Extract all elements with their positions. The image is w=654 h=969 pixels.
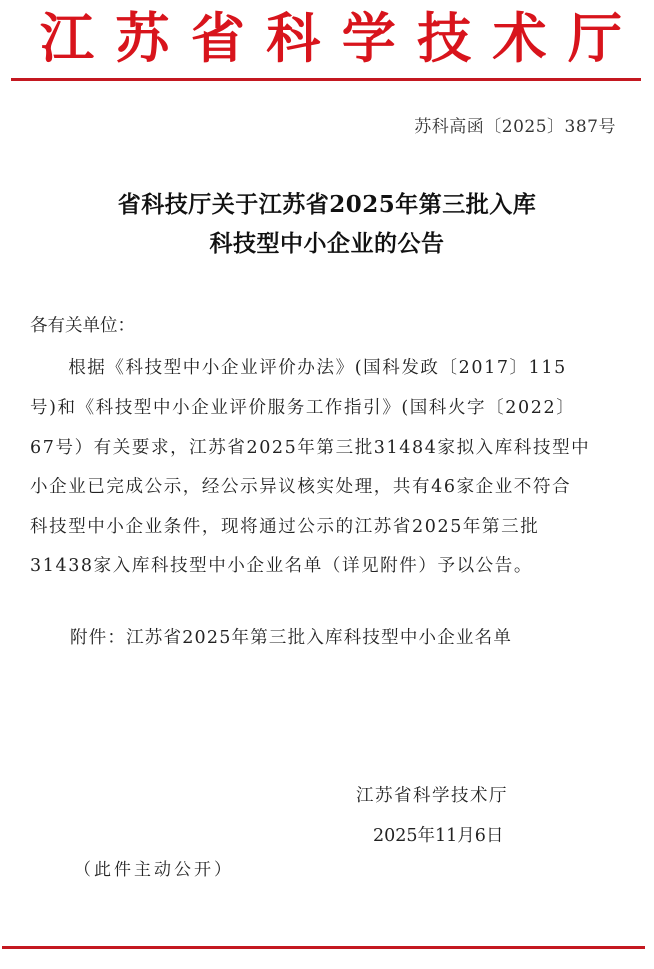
body-paragraph-line: 科技型中小企业条件，现将通过公示的江苏省2025年第三批: [30, 513, 628, 538]
body-paragraph-line: 小企业已完成公示，经公示异议核实处理，共有46家企业不符合: [30, 473, 628, 498]
masthead-char: 术: [489, 4, 551, 72]
issue-date: 2025年11月6日: [373, 822, 503, 847]
masthead-char: 科: [262, 4, 324, 72]
body-paragraph-line: 31438家入库科技型中小企业名单（详见附件）予以公告。: [30, 552, 628, 577]
document-number: 苏科高函〔2025〕387号: [414, 112, 616, 137]
masthead-char: 省: [187, 4, 249, 72]
masthead-char: 厅: [564, 4, 626, 72]
attachment-reference: 附件：江苏省2025年第三批入库科技型中小企业名单: [70, 624, 512, 649]
document-title-line-1: 省科技厅关于江苏省2025年第三批入库: [0, 186, 654, 219]
masthead-char: 苏: [111, 4, 173, 72]
document-title-line-2: 科技型中小企业的公告: [0, 225, 654, 258]
body-paragraph-line: 根据《科技型中小企业评价办法》(国科发政〔2017〕115: [30, 354, 628, 379]
footer-red-rule: [2, 946, 645, 949]
masthead-char: 技: [413, 4, 475, 72]
masthead-char: 学: [338, 4, 400, 72]
disclosure-note: （此件主动公开）: [74, 855, 234, 880]
masthead-char: 江: [36, 4, 98, 72]
body-paragraph-line: 号)和《科技型中小企业评价服务工作指引》(国科火字〔2022〕: [30, 394, 628, 419]
issuer-signature: 江苏省科学技术厅: [356, 782, 508, 807]
body-paragraph-line: 67号）有关要求，江苏省2025年第三批31484家拟入库科技型中: [30, 434, 628, 459]
masthead: 江 苏 省 科 学 技 术 厅: [36, 4, 626, 72]
salutation: 各有关单位：: [30, 312, 135, 337]
masthead-red-rule: [11, 78, 641, 81]
